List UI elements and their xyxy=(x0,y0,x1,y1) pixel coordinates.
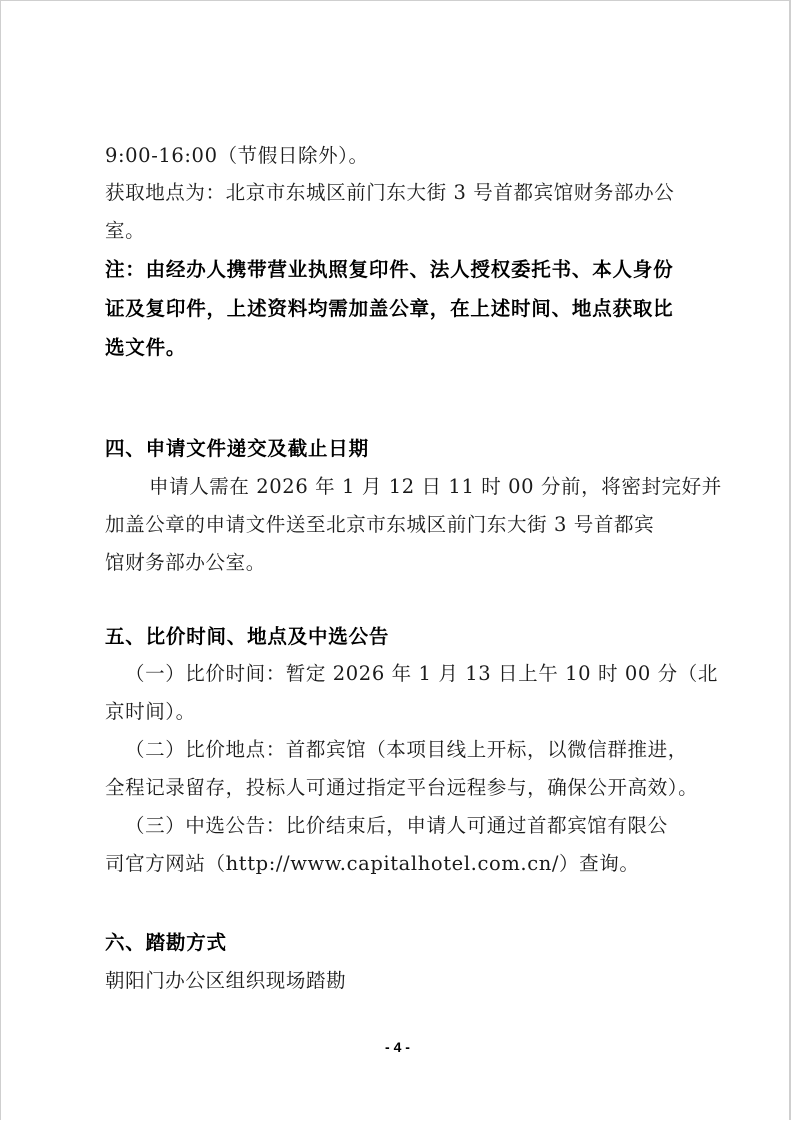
note-text: 注：由经办人携带营业执照复印件、法人授权委托书、本人身份 xyxy=(105,258,673,282)
announcement-item: （三）中选公告：比价结束后，申请人可通过首都宾馆有限公 xyxy=(125,814,668,838)
bid-time-item: （一）比价时间：暂定 2026 年 1 月 13 日上午 10 时 00 分（北 xyxy=(125,662,718,686)
section-4-paragraph: 申请人需在 2026 年 1 月 12 日 11 时 00 分前，将密封完好并 xyxy=(149,475,722,499)
announcement-item-cont: 司官方网站（http://www.capitalhotel.com.cn/）查询… xyxy=(105,852,639,876)
section-5-heading: 五、比价时间、地点及中选公告 xyxy=(105,625,389,649)
section-6-heading: 六、踏勘方式 xyxy=(105,931,227,955)
page-number: - 4 - xyxy=(1,1039,793,1055)
section-4-paragraph-end: 馆财务部办公室。 xyxy=(105,551,266,575)
hours-text: 9:00-16:00（节假日除外）。 xyxy=(105,144,369,168)
note-text-cont: 证及复印件，上述资料均需加盖公章，在上述时间、地点获取比 xyxy=(105,297,673,321)
section-4-heading: 四、申请文件递交及截止日期 xyxy=(105,437,369,461)
document-page: 9:00-16:00（节假日除外）。 获取地点为：北京市东城区前门东大街 3 号… xyxy=(0,0,791,1120)
location-text: 获取地点为：北京市东城区前门东大街 3 号首都宾馆财务部办公 xyxy=(105,181,674,205)
section-4-paragraph-cont: 加盖公章的申请文件送至北京市东城区前门东大街 3 号首都宾 xyxy=(105,513,654,537)
bid-time-item-cont: 京时间）。 xyxy=(105,700,196,724)
bid-location-item: （二）比价地点：首都宾馆（本项目线上开标，以微信群推进， xyxy=(125,738,688,762)
note-text-end: 选文件。 xyxy=(105,336,186,360)
bid-location-item-cont: 全程记录留存，投标人可通过指定平台远程参与，确保公开高效）。 xyxy=(105,776,698,800)
location-text-cont: 室。 xyxy=(105,219,145,243)
section-6-paragraph: 朝阳门办公区组织现场踏勘 xyxy=(105,969,346,993)
